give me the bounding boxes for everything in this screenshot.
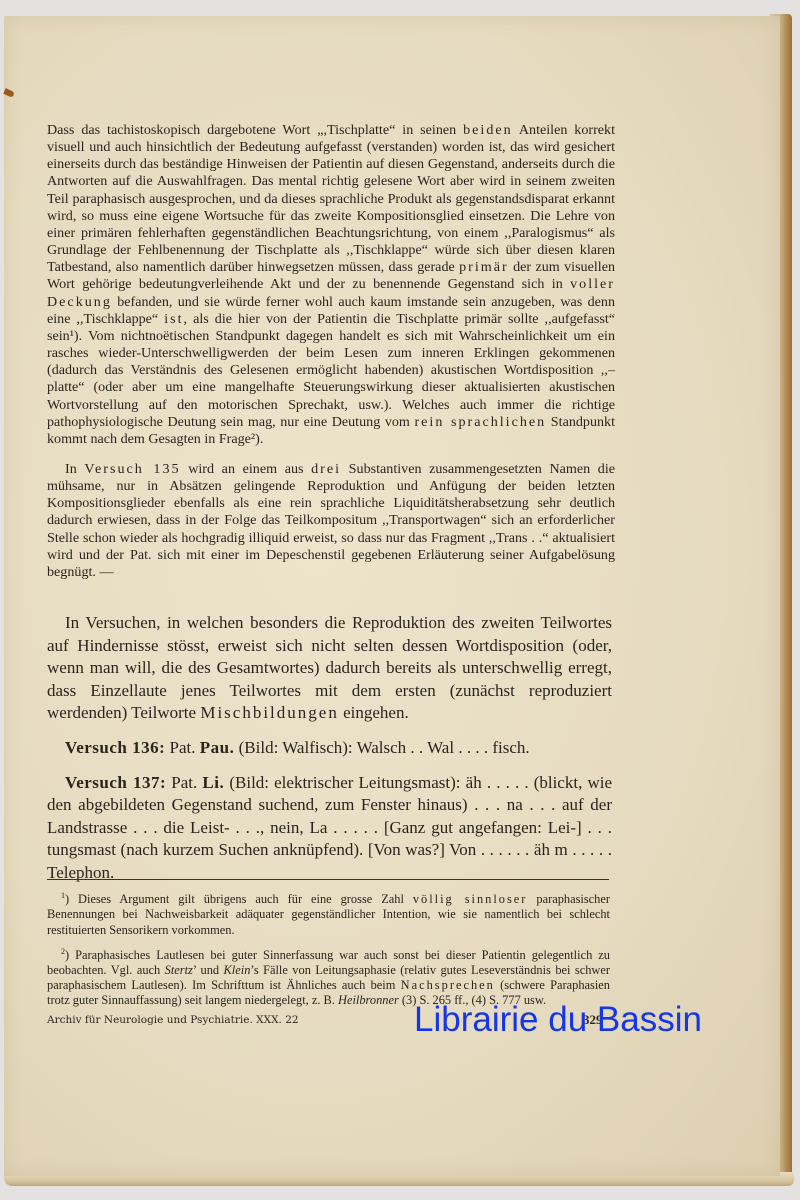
versuch-label: Versuch 136: bbox=[65, 738, 165, 757]
main-text-block: Dass das tachistoskopisch dargebotene Wo… bbox=[47, 122, 615, 581]
footnote-1: 1) Dieses Argument gilt übrigens auch fü… bbox=[47, 888, 610, 938]
text-run: Pat. bbox=[165, 738, 199, 757]
patient-name: Pau. bbox=[200, 738, 235, 757]
paragraph-mischbildungen: In Versuchen, in welchen besonders die R… bbox=[47, 612, 612, 725]
text-run: wird an einem aus bbox=[181, 461, 312, 477]
footnote-2: 2) Paraphasisches Lautlesen bei guter Si… bbox=[47, 944, 610, 1009]
spaced-emphasis: beiden bbox=[463, 122, 513, 138]
spaced-emphasis: Mischbildungen bbox=[200, 703, 339, 722]
spaced-emphasis: Nachsprechen bbox=[401, 978, 495, 992]
author-name: Klein bbox=[224, 963, 251, 977]
page-stain bbox=[3, 88, 15, 98]
text-run: ) Dieses Argument gilt übrigens auch für… bbox=[65, 892, 413, 906]
spaced-emphasis: primär bbox=[459, 259, 509, 275]
versuch-137: Versuch 137: Pat. Li. (Bild: elektrische… bbox=[47, 772, 612, 885]
text-run: In bbox=[65, 461, 84, 477]
versuch-136: Versuch 136: Pat. Pau. (Bild: Walfisch):… bbox=[47, 737, 612, 760]
spaced-emphasis: Versuch 135 bbox=[84, 461, 180, 477]
text-run: Anteilen korrekt visuell und auch hinsic… bbox=[47, 122, 615, 275]
patient-name: Li. bbox=[202, 773, 224, 792]
footnote-divider bbox=[47, 879, 609, 880]
footnotes: 1) Dieses Argument gilt übrigens auch fü… bbox=[47, 888, 610, 1015]
text-run: , als die hier von der Patientin die Tis… bbox=[47, 311, 615, 430]
text-run: (Bild: Walfisch): Walsch . . Wal . . . .… bbox=[234, 738, 529, 757]
text-run: ’ und bbox=[193, 963, 224, 977]
text-run: Dass das tachistoskopisch dargebotene Wo… bbox=[47, 122, 463, 138]
spaced-emphasis: rein sprachlichen bbox=[414, 414, 546, 430]
author-name: Stertz bbox=[165, 963, 193, 977]
text-run: Pat. bbox=[166, 773, 202, 792]
journal-signature: Archiv für Neurologie und Psychiatrie. X… bbox=[47, 1014, 299, 1026]
spaced-emphasis: ist bbox=[164, 311, 183, 327]
versuch-label: Versuch 137: bbox=[65, 773, 166, 792]
text-run: Substantiven zusammengesetzten Namen die… bbox=[47, 461, 615, 580]
author-name: Heilbronner bbox=[338, 993, 399, 1007]
text-run: eingehen. bbox=[339, 703, 409, 722]
paragraph-tischplatte: Dass das tachistoskopisch dargebotene Wo… bbox=[47, 122, 615, 448]
large-text-block: In Versuchen, in welchen besonders die R… bbox=[47, 612, 612, 885]
paragraph-versuch-135: In Versuch 135 wird an einem aus drei Su… bbox=[47, 461, 615, 581]
spaced-emphasis: drei bbox=[311, 461, 341, 477]
spaced-emphasis: völlig sinnloser bbox=[413, 892, 528, 906]
watermark: Librairie du Bassin bbox=[414, 1000, 702, 1040]
